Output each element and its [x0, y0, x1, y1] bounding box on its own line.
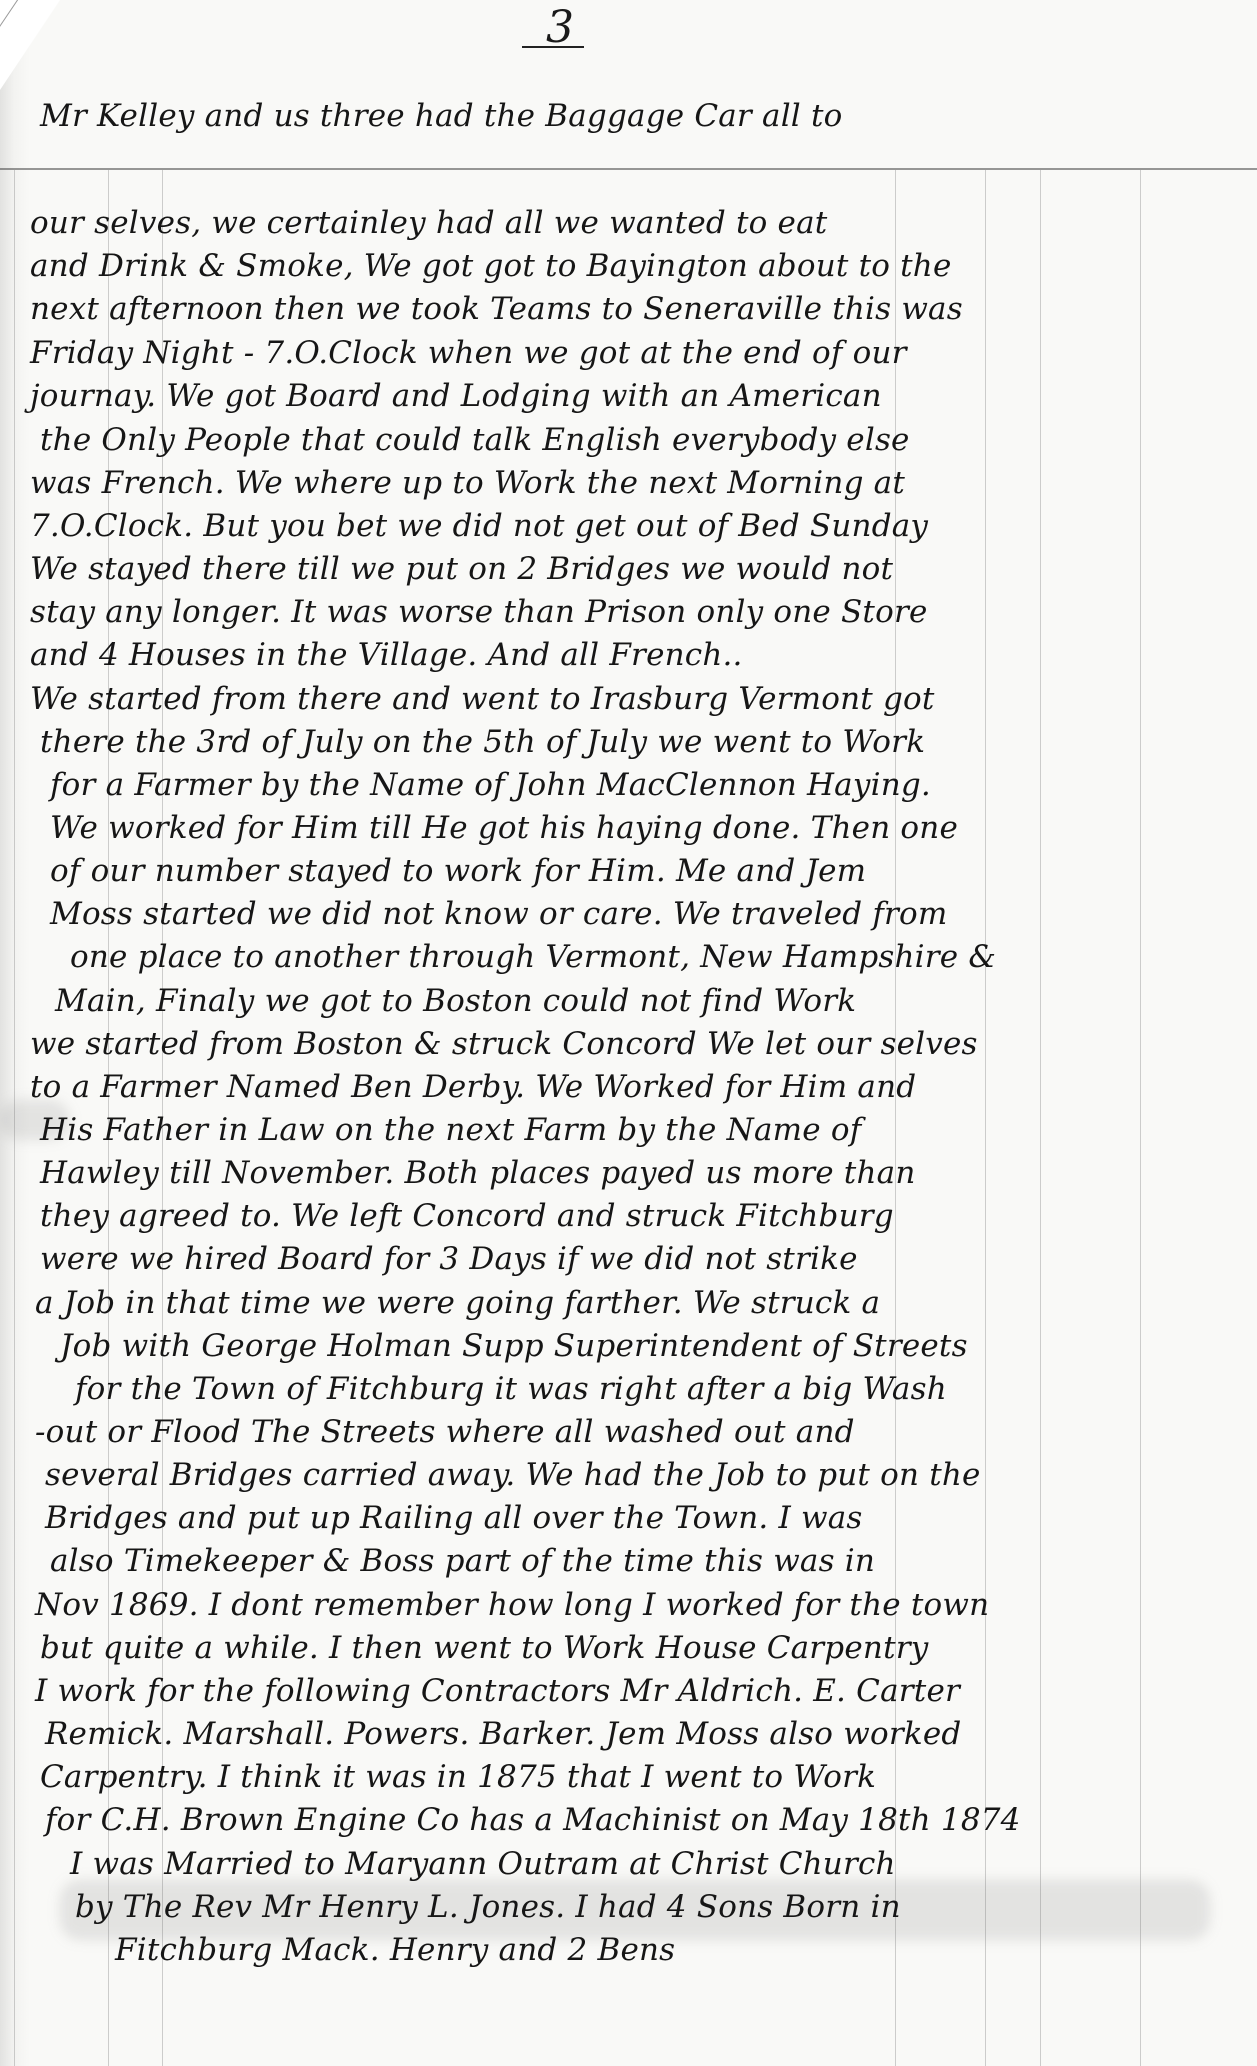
handwritten-line: stay any longer. It was worse than Priso…	[30, 594, 928, 630]
handwritten-line: Job with George Holman Supp Superintende…	[60, 1328, 968, 1364]
handwritten-line: were we hired Board for 3 Days if we did…	[40, 1241, 858, 1277]
handwritten-line: Nov 1869. I dont remember how long I wor…	[35, 1587, 989, 1623]
handwritten-line: we started from Boston & struck Concord …	[30, 1026, 978, 1062]
handwritten-line: Carpentry. I think it was in 1875 that I…	[40, 1759, 876, 1795]
handwritten-line: the Only People that could talk English …	[40, 422, 910, 458]
handwritten-line: We stayed there till we put on 2 Bridges…	[30, 551, 893, 587]
handwritten-line: We started from there and went to Irasbu…	[30, 681, 935, 717]
handwritten-line: Mr Kelley and us three had the Baggage C…	[40, 98, 843, 134]
handwritten-line: they agreed to. We left Concord and stru…	[40, 1198, 894, 1234]
handwritten-line: Hawley till November. Both places payed …	[40, 1155, 915, 1191]
handwritten-line: Main, Finaly we got to Boston could not …	[55, 983, 856, 1019]
handwritten-line: We worked for Him till He got his haying…	[50, 810, 958, 846]
handwritten-line: was French. We where up to Work the next…	[30, 465, 905, 501]
handwritten-line: I was Married to Maryann Outram at Chris…	[70, 1846, 896, 1882]
handwritten-line: for a Farmer by the Name of John MacClen…	[50, 767, 931, 803]
handwritten-line: His Father in Law on the next Farm by th…	[40, 1112, 861, 1148]
handwritten-line: several Bridges carried away. We had the…	[45, 1457, 981, 1493]
handwritten-letter-page: 3 Mr Kelley and us three had the Baggage…	[0, 0, 1257, 2066]
handwritten-line: Moss started we did not know or care. We…	[50, 896, 948, 932]
handwritten-line: Bridges and put up Railing all over the …	[45, 1500, 863, 1536]
handwritten-line: there the 3rd of July on the 5th of July…	[40, 724, 925, 760]
handwritten-line: I work for the following Contractors Mr …	[35, 1673, 960, 1709]
handwritten-line: but quite a while. I then went to Work H…	[40, 1630, 928, 1666]
handwritten-line: for the Town of Fitchburg it was right a…	[75, 1371, 947, 1407]
handwritten-line: -out or Flood The Streets where all wash…	[35, 1414, 855, 1450]
page-number-underline	[522, 46, 584, 48]
ruled-header-line	[0, 168, 1257, 170]
handwritten-line: our selves, we certainley had all we wan…	[30, 205, 827, 241]
handwritten-line: 7.O.Clock. But you bet we did not get ou…	[30, 508, 928, 544]
handwritten-line: a Job in that time we were going farther…	[35, 1285, 880, 1321]
handwritten-line: of our number stayed to work for Him. Me…	[50, 853, 866, 889]
handwritten-line: Remick. Marshall. Powers. Barker. Jem Mo…	[45, 1716, 961, 1752]
handwritten-line: and Drink & Smoke, We got got to Bayingt…	[30, 248, 952, 284]
handwritten-line: and 4 Houses in the Village. And all Fre…	[30, 637, 743, 673]
ruled-column-line	[1040, 170, 1041, 2066]
handwritten-line: to a Farmer Named Ben Derby. We Worked f…	[30, 1069, 916, 1105]
handwritten-line: Friday Night - 7.O.Clock when we got at …	[30, 335, 907, 371]
ruled-column-line	[1140, 170, 1141, 2066]
handwritten-line: for C.H. Brown Engine Co has a Machinist…	[45, 1802, 1021, 1838]
handwritten-line: one place to another through Vermont, Ne…	[70, 939, 996, 975]
handwritten-line: Fitchburg Mack. Henry and 2 Bens	[115, 1932, 675, 1968]
ruled-column-line	[985, 170, 986, 2066]
handwritten-line: next afternoon then we took Teams to Sen…	[30, 291, 963, 327]
handwritten-line: also Timekeeper & Boss part of the time …	[50, 1543, 875, 1579]
handwritten-line: journay. We got Board and Lodging with a…	[30, 378, 882, 414]
handwritten-line: by The Rev Mr Henry L. Jones. I had 4 So…	[75, 1889, 901, 1925]
